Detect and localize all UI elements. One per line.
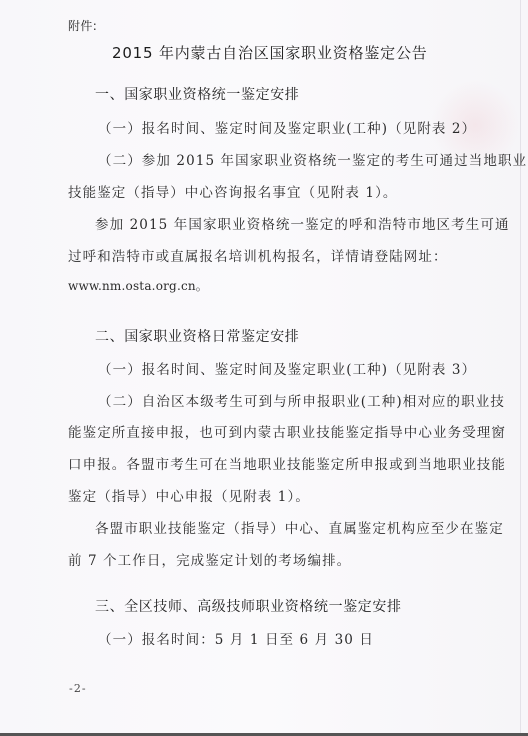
paragraph-line: 口申报。各盟市考生可在当地职业技能鉴定所申报或到当地职业技能 (68, 453, 506, 473)
website-url: www.nm.osta.org.cn。 (68, 277, 208, 294)
section-heading-2: 二、国家职业资格日常鉴定安排 (95, 326, 299, 346)
section-heading-3: 三、全区技师、高级技师职业资格统一鉴定安排 (95, 596, 402, 616)
paragraph-line: 能鉴定所直接申报，也可到内蒙古职业技能鉴定指导中心业务受理窗 (68, 421, 506, 441)
paragraph-line: 参加 2015 年国家职业资格统一鉴定的呼和浩特市地区考生可通 (95, 213, 510, 233)
paragraph-line: 各盟市职业技能鉴定（指导）中心、直属鉴定机构应至少在鉴定 (95, 517, 504, 537)
paragraph-line: （一）报名时间：5 月 1 日至 6 月 30 日 (98, 628, 374, 648)
paragraph-line: （一）报名时间、鉴定时间及鉴定职业(工种)（见附表 2） (98, 117, 476, 137)
document-title: 2015 年内蒙古自治区国家职业资格鉴定公告 (112, 42, 428, 63)
paragraph-line: （二）参加 2015 年国家职业资格统一鉴定的考生可通过当地职业 (98, 149, 527, 169)
attachment-label: 附件: (68, 17, 97, 34)
paragraph-line: 前 7 个工作日，完成鉴定计划的考场编排。 (68, 549, 351, 569)
document-page: 附件: 2015 年内蒙古自治区国家职业资格鉴定公告 一、国家职业资格统一鉴定安… (0, 0, 521, 733)
page-number: -2- (69, 682, 87, 695)
paragraph-line: （一）报名时间、鉴定时间及鉴定职业(工种)（见附表 3） (98, 358, 476, 378)
section-heading-1: 一、国家职业资格统一鉴定安排 (95, 84, 299, 104)
paragraph-line: 鉴定（指导）中心申报（见附表 1）。 (68, 485, 310, 505)
paragraph-line: 技能鉴定（指导）中心咨询报名事宜（见附表 1）。 (68, 181, 398, 201)
paragraph-line: 过呼和浩特市或直属报名培训机构报名，详情请登陆网址： (68, 245, 448, 265)
paragraph-line: （二）自治区本级考生可到与所申报职业(工种)相对应的职业技 (98, 390, 505, 410)
